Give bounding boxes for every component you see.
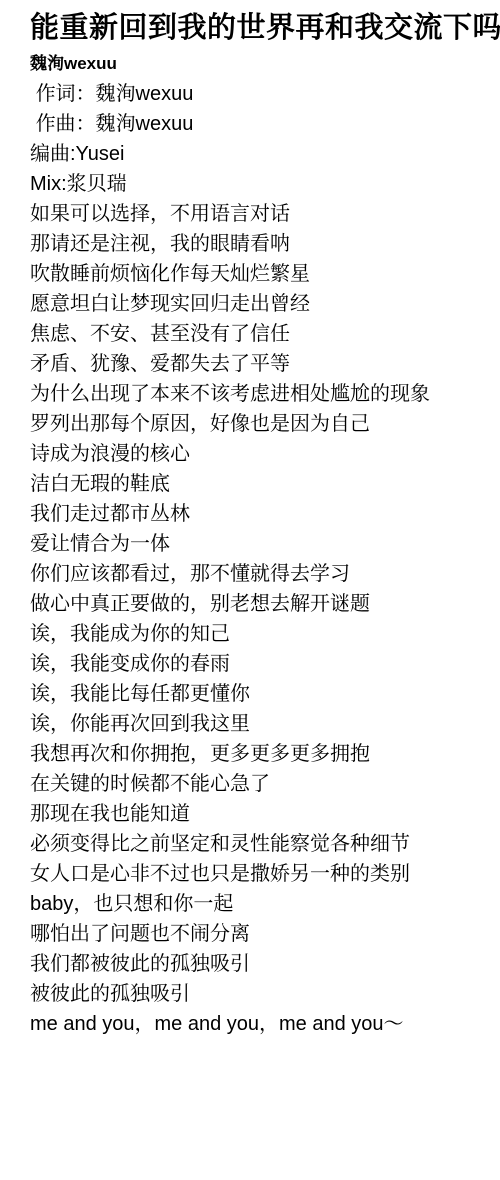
lyric-line: 在关键的时候都不能心急了 <box>30 769 500 799</box>
lyric-line: 做心中真正要做的，别老想去解开谜题 <box>30 589 500 619</box>
lyric-line: 诗成为浪漫的核心 <box>30 439 500 469</box>
lyric-line: 女人口是心非不过也只是撒娇另一种的类别 <box>30 859 500 889</box>
lyric-line: 诶，我能成为你的知己 <box>30 619 500 649</box>
lyric-line: 那现在我也能知道 <box>30 799 500 829</box>
lyric-line: 爱让情合为一体 <box>30 529 500 559</box>
lyric-line: 我想再次和你拥抱，更多更多更多拥抱 <box>30 739 500 769</box>
song-title: 能重新回到我的世界再和我交流下吗 <box>30 8 500 48</box>
credit-line: 编曲:Yusei <box>30 139 500 169</box>
lyric-line: 焦虑、不安、甚至没有了信任 <box>30 319 500 349</box>
credit-line: Mix:浆贝瑞 <box>30 169 500 199</box>
lyric-line: me and you，me and you，me and you～ <box>30 1009 500 1039</box>
lyrics-list: 如果可以选择，不用语言对话那请还是注视，我的眼睛看呐吹散睡前烦恼化作每天灿烂繁星… <box>30 199 500 1039</box>
lyric-line: 那请还是注视，我的眼睛看呐 <box>30 229 500 259</box>
credit-line: 作曲：魏洵wexuu <box>30 109 500 139</box>
credits-list: 作词：魏洵wexuu 作曲：魏洵wexuu编曲:YuseiMix:浆贝瑞 <box>30 79 500 199</box>
lyric-line: 必须变得比之前坚定和灵性能察觉各种细节 <box>30 829 500 859</box>
lyric-line: 被彼此的孤独吸引 <box>30 979 500 1009</box>
lyric-line: 愿意坦白让梦现实回归走出曾经 <box>30 289 500 319</box>
lyrics-page: 能重新回到我的世界再和我交流下吗 魏洵wexuu 作词：魏洵wexuu 作曲：魏… <box>0 0 500 1180</box>
lyric-line: 诶，你能再次回到我这里 <box>30 709 500 739</box>
lyric-line: 如果可以选择，不用语言对话 <box>30 199 500 229</box>
lyric-line: 洁白无瑕的鞋底 <box>30 469 500 499</box>
lyric-line: 矛盾、犹豫、爱都失去了平等 <box>30 349 500 379</box>
lyric-line: baby，也只想和你一起 <box>30 889 500 919</box>
lyric-line: 哪怕出了问题也不闹分离 <box>30 919 500 949</box>
lyric-line: 你们应该都看过，那不懂就得去学习 <box>30 559 500 589</box>
artist-name: 魏洵wexuu <box>30 53 500 75</box>
credit-line: 作词：魏洵wexuu <box>30 79 500 109</box>
lyric-line: 为什么出现了本来不该考虑进相处尴尬的现象 <box>30 379 500 409</box>
lyric-line: 我们都被彼此的孤独吸引 <box>30 949 500 979</box>
lyric-line: 吹散睡前烦恼化作每天灿烂繁星 <box>30 259 500 289</box>
lyric-line: 我们走过都市丛林 <box>30 499 500 529</box>
lyric-line: 罗列出那每个原因，好像也是因为自己 <box>30 409 500 439</box>
lyric-line: 诶，我能比每任都更懂你 <box>30 679 500 709</box>
lyric-line: 诶，我能变成你的春雨 <box>30 649 500 679</box>
